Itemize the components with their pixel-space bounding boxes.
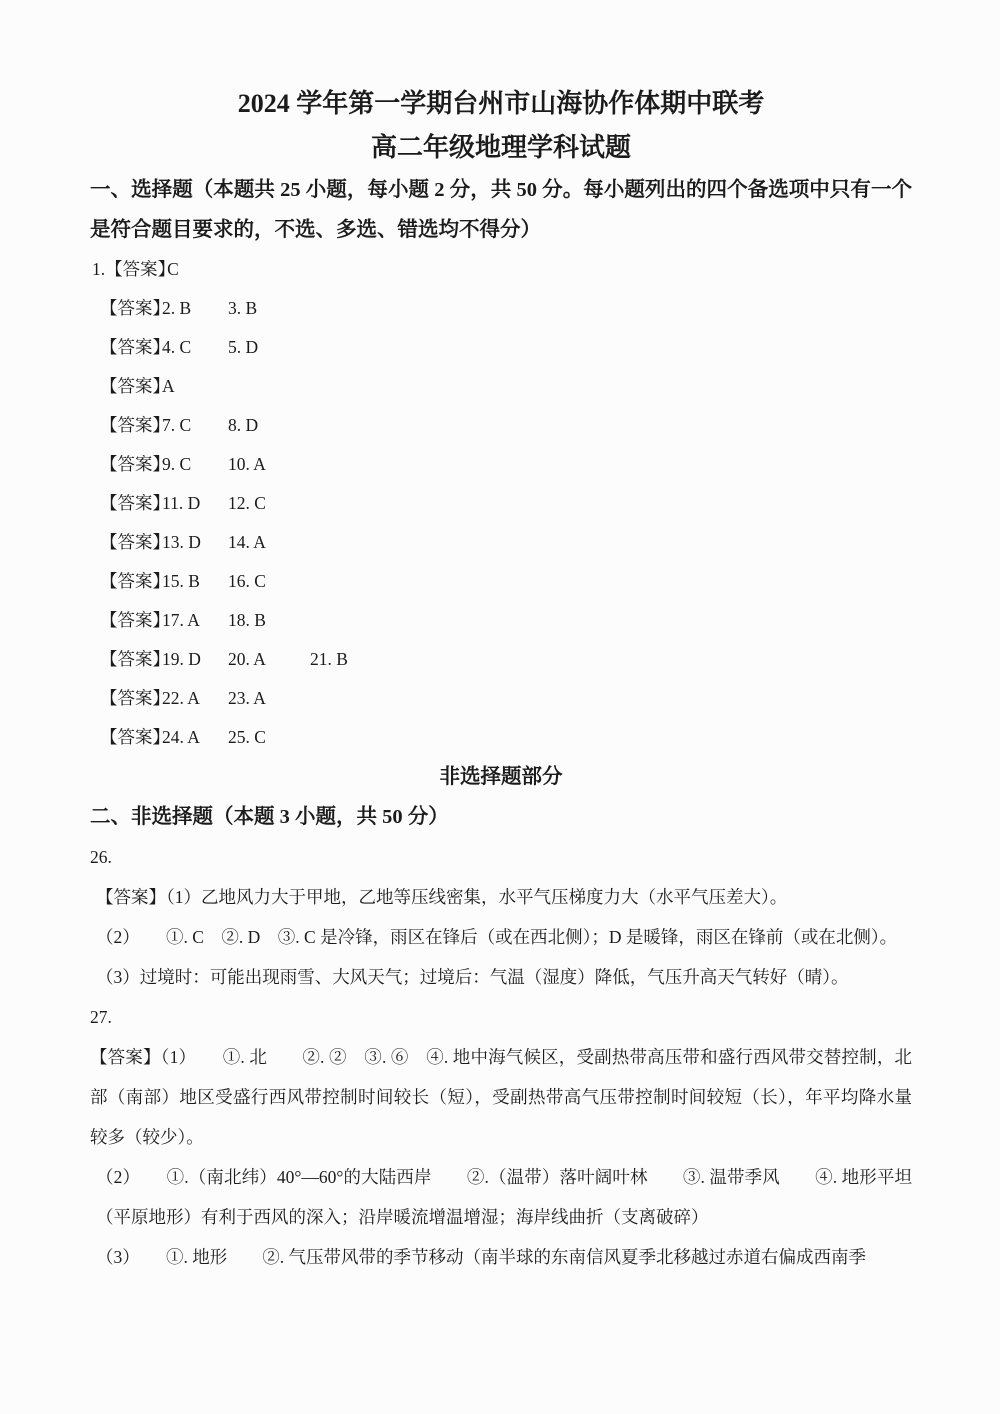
answer-row: 【答案】24. A25. C [90, 718, 912, 757]
answer-cell: 12. C [228, 484, 310, 523]
answer-cell: 23. A [228, 679, 310, 718]
choice-section-heading: 一、选择题（本题共 25 小题，每小题 2 分，共 50 分。每小题列出的四个备… [90, 170, 912, 250]
answer-row: 1. 【答案】C [90, 250, 912, 289]
answer-cell: 16. C [228, 562, 310, 601]
answer-cell: 2. B [162, 289, 228, 328]
answer-cell: C [167, 250, 233, 289]
answer-row: 【答案】15. B16. C [90, 562, 912, 601]
non-choice-part-header: 非选择题部分 [90, 757, 912, 797]
exam-answer-document: 2024 学年第一学期台州市山海协作体期中联考 高二年级地理学科试题 一、选择题… [0, 0, 1000, 1414]
answer-row: 【答案】2. B3. B [90, 289, 912, 328]
answer-label: 【答案】 [100, 601, 162, 640]
answer-label: 【答案】 [100, 328, 162, 367]
answer-cell: A [162, 367, 228, 406]
answer-cell: 5. D [228, 328, 310, 367]
answer-row: 【答案】9. C10. A [90, 445, 912, 484]
choice-answer-rows: 1. 【答案】C【答案】2. B3. B【答案】4. C5. D【答案】A【答案… [90, 250, 912, 757]
answer-row: 【答案】4. C5. D [90, 328, 912, 367]
answer-cell: 25. C [228, 718, 310, 757]
answer-cell: 17. A [162, 601, 228, 640]
answer-label: 【答案】 [105, 250, 167, 289]
answer-row: 【答案】A [90, 367, 912, 406]
answer-label: 【答案】 [100, 562, 162, 601]
answer-cell: 9. C [162, 445, 228, 484]
answer-label: 【答案】 [100, 484, 162, 523]
question-27-number: 27. [90, 997, 912, 1037]
q26-answer-line-2: （2） ①. C ②. D ③. C 是冷锋，雨区在锋后（或在西北侧）；D 是暖… [90, 917, 912, 957]
answer-cell: 3. B [228, 289, 310, 328]
answer-label: 【答案】 [100, 718, 162, 757]
answer-cell: 21. B [310, 640, 370, 679]
answer-cell: 13. D [162, 523, 228, 562]
answer-label: 【答案】 [100, 640, 162, 679]
answer-label: 【答案】 [100, 289, 162, 328]
answer-row: 【答案】13. D14. A [90, 523, 912, 562]
question-26-number: 26. [90, 837, 912, 877]
question-number: 1. [92, 250, 105, 289]
answer-cell: 7. C [162, 406, 228, 445]
q27-answer-line-1: 【答案】（1） ①. 北 ②. ② ③. ⑥ ④. 地中海气候区，受副热带高压带… [90, 1037, 912, 1157]
answer-cell: 10. A [228, 445, 310, 484]
answer-cell: 22. A [162, 679, 228, 718]
document-title-line2: 高二年级地理学科试题 [90, 126, 912, 170]
q26-answer-line-3: （3）过境时：可能出现雨雪、大风天气；过境后：气温（湿度）降低，气压升高天气转好… [90, 957, 912, 997]
answer-cell: 8. D [228, 406, 310, 445]
answer-label: 【答案】 [100, 406, 162, 445]
answer-cell: 15. B [162, 562, 228, 601]
answer-row: 【答案】22. A23. A [90, 679, 912, 718]
answer-cell: 18. B [228, 601, 310, 640]
document-title-line1: 2024 学年第一学期台州市山海协作体期中联考 [90, 82, 912, 126]
q27-answer-line-2: （2） ①.（南北纬）40°—60°的大陆西岸 ②.（温带）落叶阔叶林 ③. 温… [90, 1157, 912, 1237]
answer-label: 【答案】 [100, 445, 162, 484]
q27-answer-line-3: （3） ①. 地形 ②. 气压带风带的季节移动（南半球的东南信风夏季北移越过赤道… [90, 1237, 912, 1277]
answer-row: 【答案】17. A18. B [90, 601, 912, 640]
answer-cell: 14. A [228, 523, 310, 562]
answer-label: 【答案】 [100, 679, 162, 718]
answer-cell: 24. A [162, 718, 228, 757]
answer-row: 【答案】19. D20. A21. B [90, 640, 912, 679]
answer-label: 【答案】 [100, 523, 162, 562]
answer-cell: 20. A [228, 640, 310, 679]
answer-cell: 19. D [162, 640, 228, 679]
answer-cell: 4. C [162, 328, 228, 367]
answer-label: 【答案】 [100, 367, 162, 406]
answer-row: 【答案】7. C8. D [90, 406, 912, 445]
answer-cell: 11. D [162, 484, 228, 523]
non-choice-section-heading: 二、非选择题（本题 3 小题，共 50 分） [90, 797, 912, 837]
q26-answer-line-1: 【答案】（1）乙地风力大于甲地，乙地等压线密集，水平气压梯度力大（水平气压差大）… [90, 877, 912, 917]
answer-row: 【答案】11. D12. C [90, 484, 912, 523]
